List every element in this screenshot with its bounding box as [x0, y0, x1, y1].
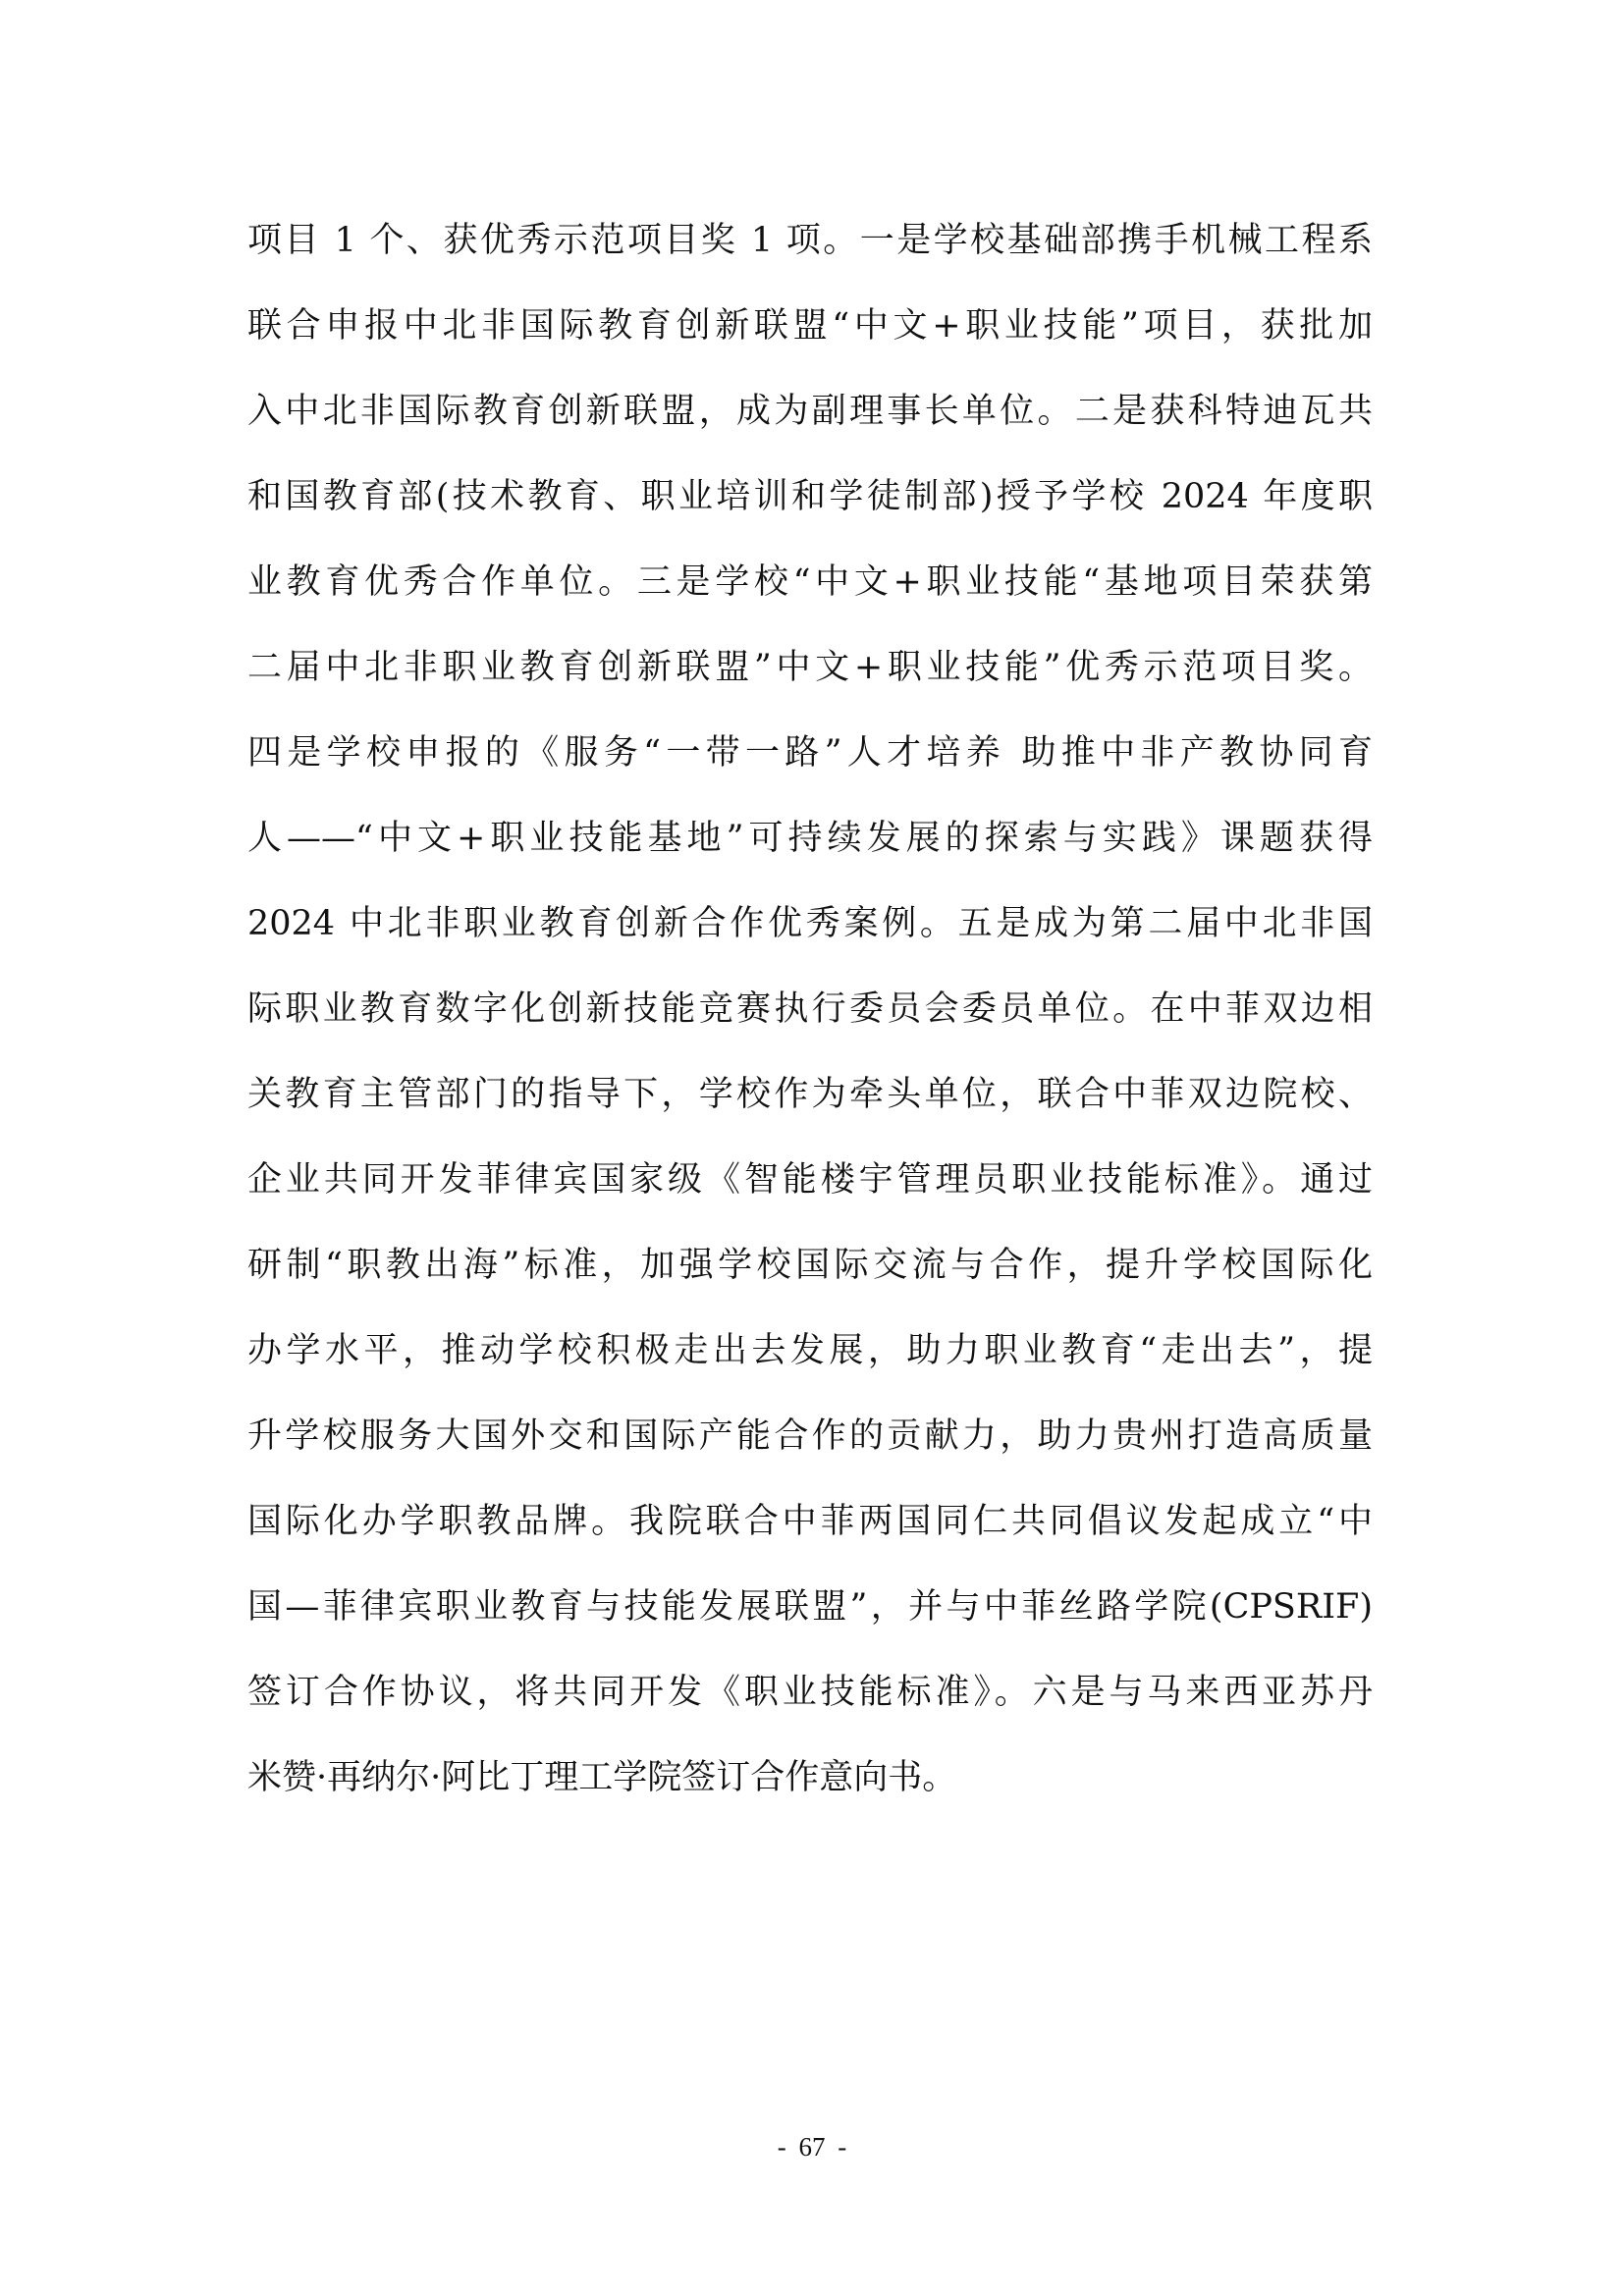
text-line: 国际化办学职教品牌。我院联合中菲两国同仁共同倡议发起成立“中 [247, 1492, 1373, 1551]
text-line: 业教育优秀合作单位。三是学校“中文+职业技能“基地项目荣获第 [247, 553, 1373, 612]
text-line: 关教育主管部门的指导下，学校作为牵头单位，联合中菲双边院校、 [247, 1065, 1373, 1124]
text-line: 联合申报中北非国际教育创新联盟“中文+职业技能”项目，获批加 [247, 296, 1373, 355]
text-line: 际职业教育数字化创新技能竞赛执行委员会委员单位。在中菲双边相 [247, 980, 1373, 1039]
text-line: 二届中北非职业教育创新联盟”中文+职业技能”优秀示范项目奖。 [247, 638, 1373, 697]
text-line: 研制“职教出海”标准，加强学校国际交流与合作，提升学校国际化 [247, 1236, 1373, 1295]
text-line: 米赞·再纳尔·阿比丁理工学院签订合作意向书。 [247, 1748, 1373, 1807]
text-line: 入中北非国际教育创新联盟，成为副理事长单位。二是获科特迪瓦共 [247, 382, 1373, 441]
page-number: - 67 - [0, 2132, 1624, 2163]
text-line: 国—菲律宾职业教育与技能发展联盟”，并与中菲丝路学院(CPSRIF) [247, 1577, 1373, 1636]
text-line: 企业共同开发菲律宾国家级《智能楼宇管理员职业技能标准》。通过 [247, 1150, 1373, 1209]
text-line: 签订合作协议，将共同开发《职业技能标准》。六是与马来西亚苏丹 [247, 1663, 1373, 1722]
text-line: 办学水平，推动学校积极走出去发展，助力职业教育“走出去”，提 [247, 1321, 1373, 1380]
text-line: 人——“中文+职业技能基地”可持续发展的探索与实践》课题获得 [247, 809, 1373, 868]
text-line: 和国教育部(技术教育、职业培训和学徒制部)授予学校 2024 年度职 [247, 467, 1373, 526]
text-line: 2024 中北非职业教育创新合作优秀案例。五是成为第二届中北非国 [247, 894, 1373, 953]
document-page: 项目 1 个、获优秀示范项目奖 1 项。一是学校基础部携手机械工程系 联合申报中… [0, 0, 1624, 2296]
text-line: 四是学校申报的《服务“一带一路”人才培养 助推中非产教协同育 [247, 723, 1373, 782]
text-line: 升学校服务大国外交和国际产能合作的贡献力，助力贵州打造高质量 [247, 1407, 1373, 1466]
text-line: 项目 1 个、获优秀示范项目奖 1 项。一是学校基础部携手机械工程系 [247, 211, 1373, 270]
